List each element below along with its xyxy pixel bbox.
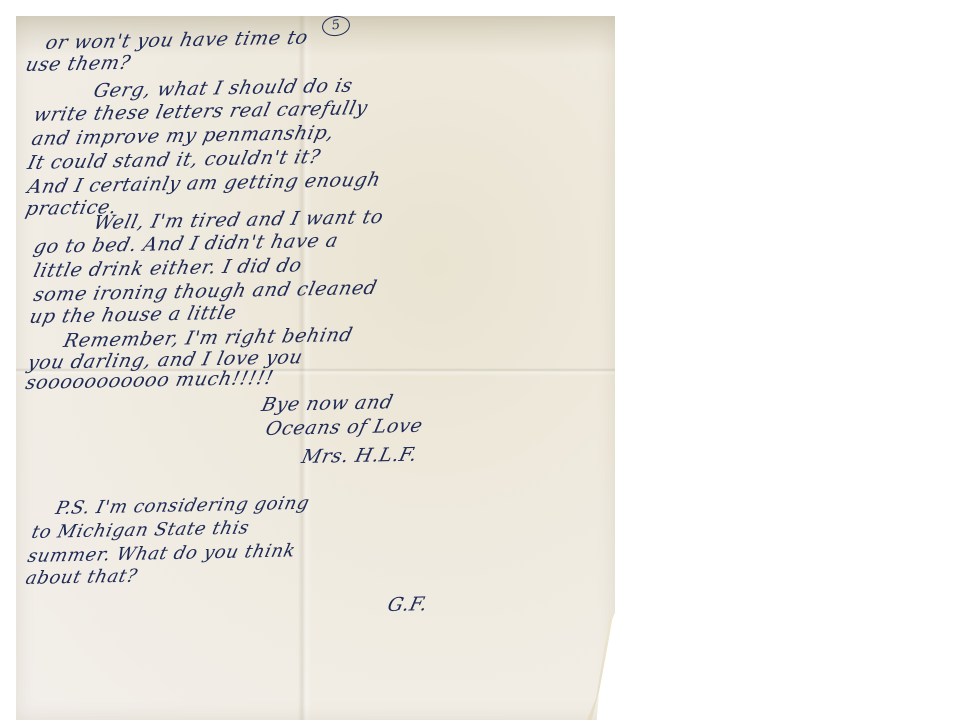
postscript-line: summer. What do you think [26, 540, 298, 567]
letter-line: up the house a little [27, 302, 238, 328]
signature: Mrs. H.L.F. [299, 444, 419, 468]
postscript-line: to Michigan State this [30, 517, 252, 543]
letter-line: use them? [23, 52, 133, 76]
postscript-initials: G.F. [385, 593, 429, 616]
letter-page: 5 or won't you have time to use them? Ge… [16, 16, 615, 720]
letter-line: And I certainly am getting enough [25, 169, 383, 198]
letter-line: sooooooooooo much!!!!! [23, 367, 275, 394]
postscript-line: about that? [24, 566, 140, 589]
letter-line: little drink either. I did do [31, 254, 304, 282]
postscript-line: P.S. I'm considering going [54, 493, 312, 519]
closing-line: Oceans of Love [263, 415, 425, 440]
letter-line: Well, I'm tired and I want to [91, 206, 385, 234]
closing-line: Bye now and [259, 391, 395, 416]
letter-line: It could stand it, couldn't it? [25, 146, 322, 174]
